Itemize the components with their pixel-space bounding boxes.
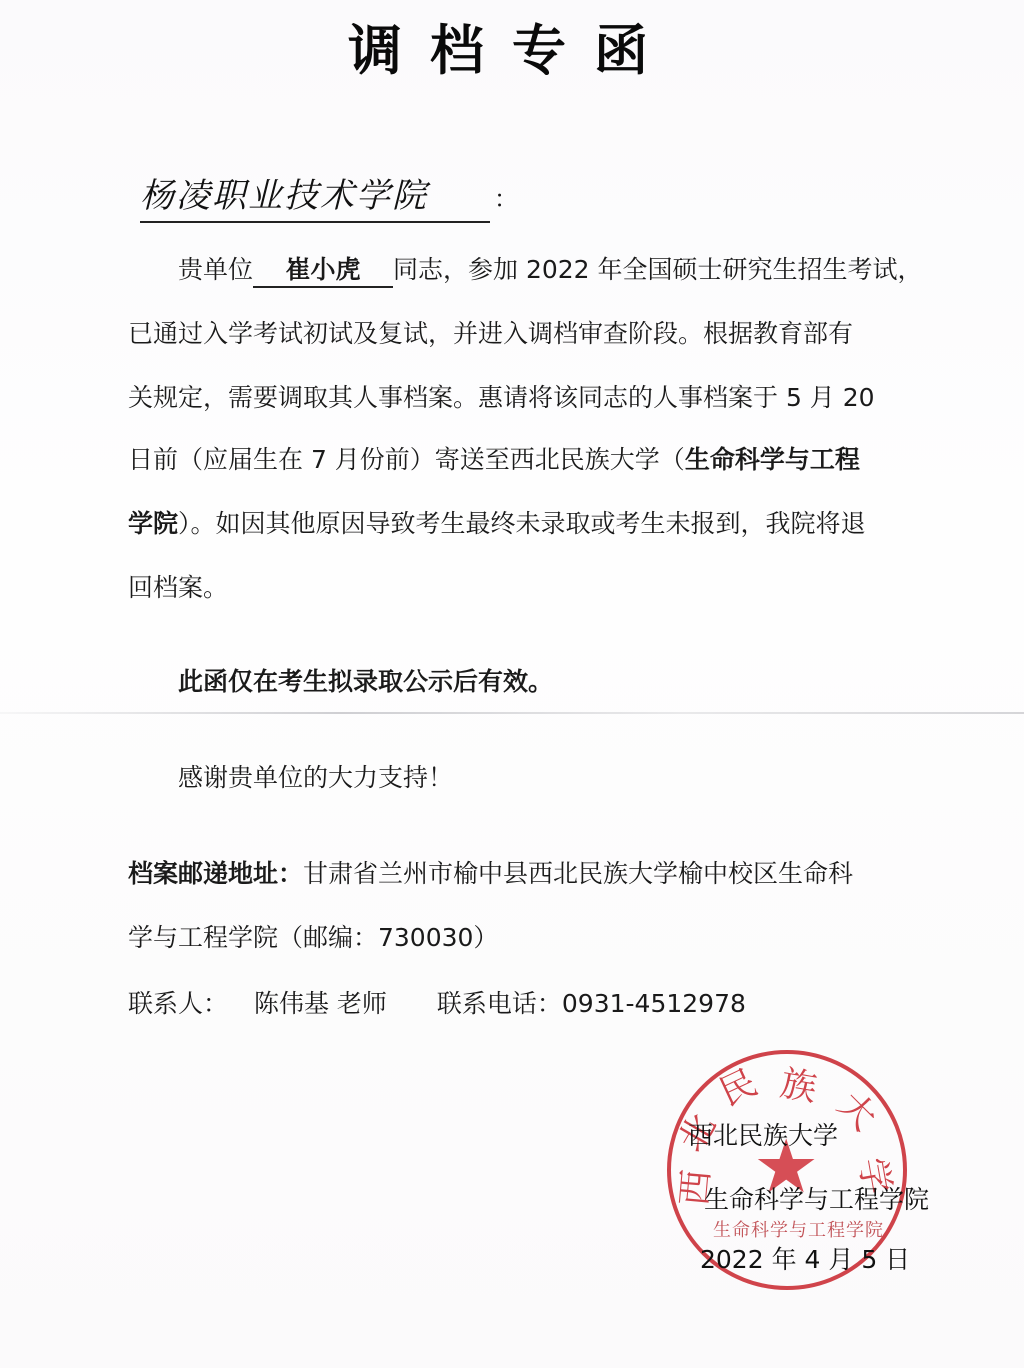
seal-char: 民	[710, 1055, 764, 1116]
contact-phone: 0931-4512978	[562, 989, 746, 1018]
addressee-colon: ：	[494, 185, 518, 213]
body-line-5-text: ）。如因其他原因导致考生最终未录取或考生未报到，我院将退	[178, 509, 866, 538]
signature-date: 2022 年 4 月 5 日	[700, 1240, 910, 1276]
seal-inner-text: 生命科学与工程学院	[713, 1216, 884, 1242]
body-line-4-text: 日前（应届生在 7 月份前）寄送至西北民族大学（	[128, 445, 685, 474]
contact-phone-label: 联系电话：	[437, 989, 562, 1018]
college-name-bold: 生命科学与工程	[685, 445, 860, 474]
signature-university: 西北民族大学	[688, 1116, 838, 1152]
contact-person: 陈伟基 老师	[254, 989, 387, 1018]
body-line-4: 日前（应届生在 7 月份前）寄送至西北民族大学（生命科学与工程	[128, 440, 860, 476]
address-text: 甘肃省兰州市榆中县西北民族大学榆中校区生命科	[303, 859, 853, 888]
candidate-name: 崔小虎	[253, 250, 393, 288]
address-line-2: 学与工程学院（邮编：730030）	[128, 918, 498, 954]
address-line-1: 档案邮递地址：甘肃省兰州市榆中县西北民族大学榆中校区生命科	[128, 854, 853, 890]
paper-fold-line	[0, 712, 1024, 714]
signature-college: 生命科学与工程学院	[704, 1180, 929, 1216]
addressee-handwritten: 杨凌职业技术学院	[140, 168, 490, 223]
body-line-2: 已通过入学考试初试及复试，并进入调档审查阶段。根据教育部有	[128, 314, 853, 350]
letter-page: 调档专函 杨凌职业技术学院： 贵单位崔小虎同志，参加 2022 年全国硕士研究生…	[0, 0, 1024, 1368]
validity-notice: 此函仅在考生拟录取公示后有效。	[178, 662, 553, 698]
body-suffix: 同志，参加 2022 年全国硕士研究生招生考试，	[393, 255, 923, 284]
seal-char: 族	[777, 1055, 821, 1111]
document-title: 调档专函	[0, 8, 1024, 85]
body-line-6: 回档案。	[128, 568, 228, 604]
addressee-line: 杨凌职业技术学院：	[140, 168, 518, 223]
body-line-5: 学院）。如因其他原因导致考生最终未录取或考生未报到，我院将退	[128, 504, 866, 540]
address-label: 档案邮递地址：	[128, 859, 303, 888]
contact-line: 联系人： 陈伟基 老师 联系电话：0931-4512978	[128, 984, 746, 1020]
thanks-line: 感谢贵单位的大力支持！	[178, 758, 453, 794]
body-line-3: 关规定，需要调取其人事档案。惠请将该同志的人事档案于 5 月 20	[128, 378, 875, 414]
body-line-1: 贵单位崔小虎同志，参加 2022 年全国硕士研究生招生考试，	[178, 250, 923, 288]
college-name-bold-cont: 学院	[128, 509, 178, 538]
body-prefix: 贵单位	[178, 255, 253, 284]
contact-person-label: 联系人：	[128, 989, 228, 1018]
